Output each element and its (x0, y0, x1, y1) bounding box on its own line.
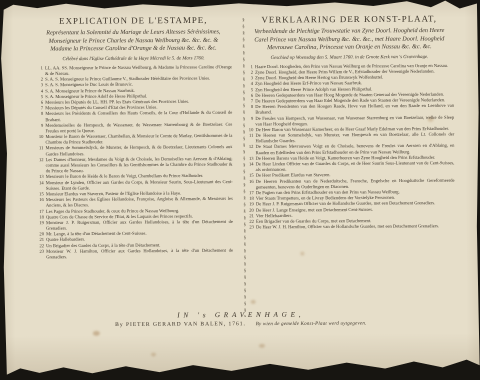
dutch-title: VERKLAARING DER KONST-PLAAT, (245, 14, 454, 26)
imprint-note: By wien de gemelde Konst-Plaat werd uytg… (256, 321, 367, 327)
screenshot-root: { "document": { "colors": { "paper": "#e… (0, 0, 480, 380)
french-numbered-list: 1 LL. AA. SS. Monseigneur le Prince de N… (35, 65, 233, 261)
list-item: 23 Monsieur W. J. Hamilton, Officier aux… (36, 248, 233, 261)
item-number: 1 (35, 66, 45, 78)
imprint-block: IN 's GRAVENHAGE, By PIETER GERARD VAN B… (1, 310, 480, 334)
item-number: 12 (36, 157, 46, 174)
item-number: 19 (36, 221, 46, 233)
item-number: 12 (246, 145, 256, 157)
item-number: 11 (36, 146, 46, 158)
item-number: 23 (246, 225, 256, 231)
item-number: 10 (36, 135, 46, 147)
french-occasion-line: Célébré dans l'Eglise Cathédrale de la H… (45, 56, 222, 62)
item-number: 8 (36, 112, 46, 124)
item-text: Monsieur W. J. Hamilton, Officier aux Ga… (46, 248, 233, 261)
item-number: 8 (245, 105, 255, 117)
imprint-publisher: By PIETER GERARD VAN BALEN, 1761. (115, 320, 246, 328)
french-subtitle: Représentant la Solemnité du Mariage de … (35, 28, 232, 54)
dutch-occasion-line: Geschied op Woensdag den 5. Maart 1760. … (255, 54, 444, 60)
item-number: 14 (36, 180, 46, 192)
dutch-subtitle: Verbeeldende de Plechtige Trouwstatie va… (245, 26, 454, 52)
dutch-numbered-list: 1 Haare Doorl. Hoogheden, den Prins van … (245, 63, 455, 230)
list-item: 12 Les Dames d'honneur, Mesdames du Voig… (36, 156, 233, 174)
item-text: De Heer W. J. H. Hamilton, Officier van … (256, 224, 455, 231)
french-title: EXPLICATION DE L'ESTAMPE, (35, 15, 232, 27)
item-number: 9 (36, 123, 46, 135)
list-item: 23 De Heer W. J. H. Hamilton, Officier v… (246, 224, 455, 231)
item-text: Les Dames d'honneur, Mesdames du Voigt &… (46, 156, 233, 174)
item-number: 16 (246, 179, 256, 191)
item-number: 16 (36, 198, 46, 210)
item-number: 23 (36, 249, 46, 261)
item-number: 14 (246, 162, 256, 174)
item-number: 11 (246, 133, 256, 145)
item-number: 9 (246, 116, 256, 128)
aged-paper-sheet: EXPLICATION DE L'ESTAMPE, Représentant l… (0, 0, 480, 380)
